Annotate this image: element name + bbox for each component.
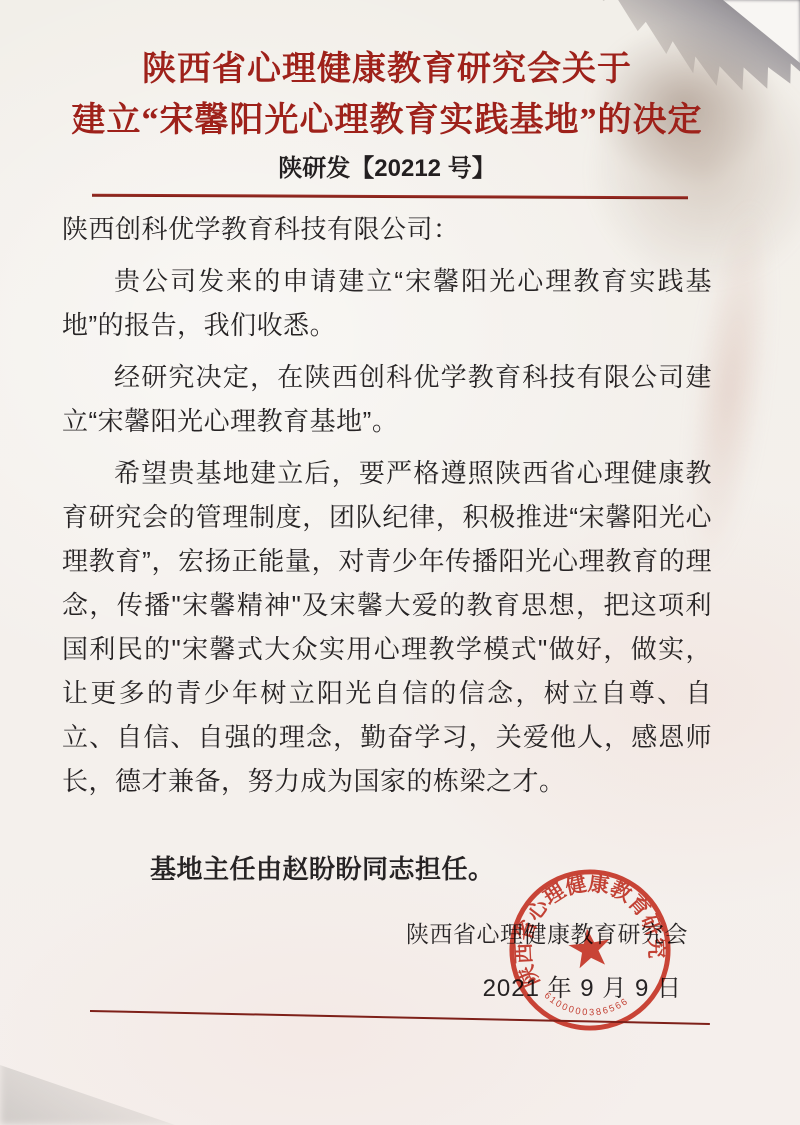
- svg-text:陕西省心理健康教育研究会: 陕西省心理健康教育研究会: [495, 853, 673, 993]
- paragraph-3: 希望贵基地建立后，要严格遵照陕西省心理健康教育研究会的管理制度，团队纪律，积极推…: [62, 451, 712, 803]
- document-content: 陕西省心理健康教育研究会关于 建立“宋馨阳光心理教育实践基地”的决定 陕研发【2…: [62, 44, 712, 891]
- document-number: 陕研发【20212 号】: [62, 152, 712, 186]
- recipient-line: 陕西创科优学教育科技有限公司：: [62, 207, 712, 251]
- paragraph-1: 贵公司发来的申请建立“宋馨阳光心理教育实践基地”的报告，我们收悉。: [62, 259, 712, 347]
- seal-star: [567, 926, 613, 970]
- photo-shadow-bottom-left: [0, 1025, 250, 1125]
- document-title-line-1: 陕西省心理健康教育研究会关于: [62, 44, 712, 95]
- seal-ring-text: 陕西省心理健康教育研究会: [495, 853, 673, 993]
- official-seal: 陕西省心理健康教育研究会 6100000386566: [495, 853, 685, 1047]
- paragraph-2: 经研究决定，在陕西创科优学教育科技有限公司建立“宋馨阳光心理教育基地”。: [62, 355, 712, 443]
- scanned-document-page: 陕西省心理健康教育研究会关于 建立“宋馨阳光心理教育实践基地”的决定 陕研发【2…: [0, 0, 800, 1125]
- header-divider-line: [92, 194, 688, 200]
- document-title-line-2: 建立“宋馨阳光心理教育实践基地”的决定: [62, 95, 712, 146]
